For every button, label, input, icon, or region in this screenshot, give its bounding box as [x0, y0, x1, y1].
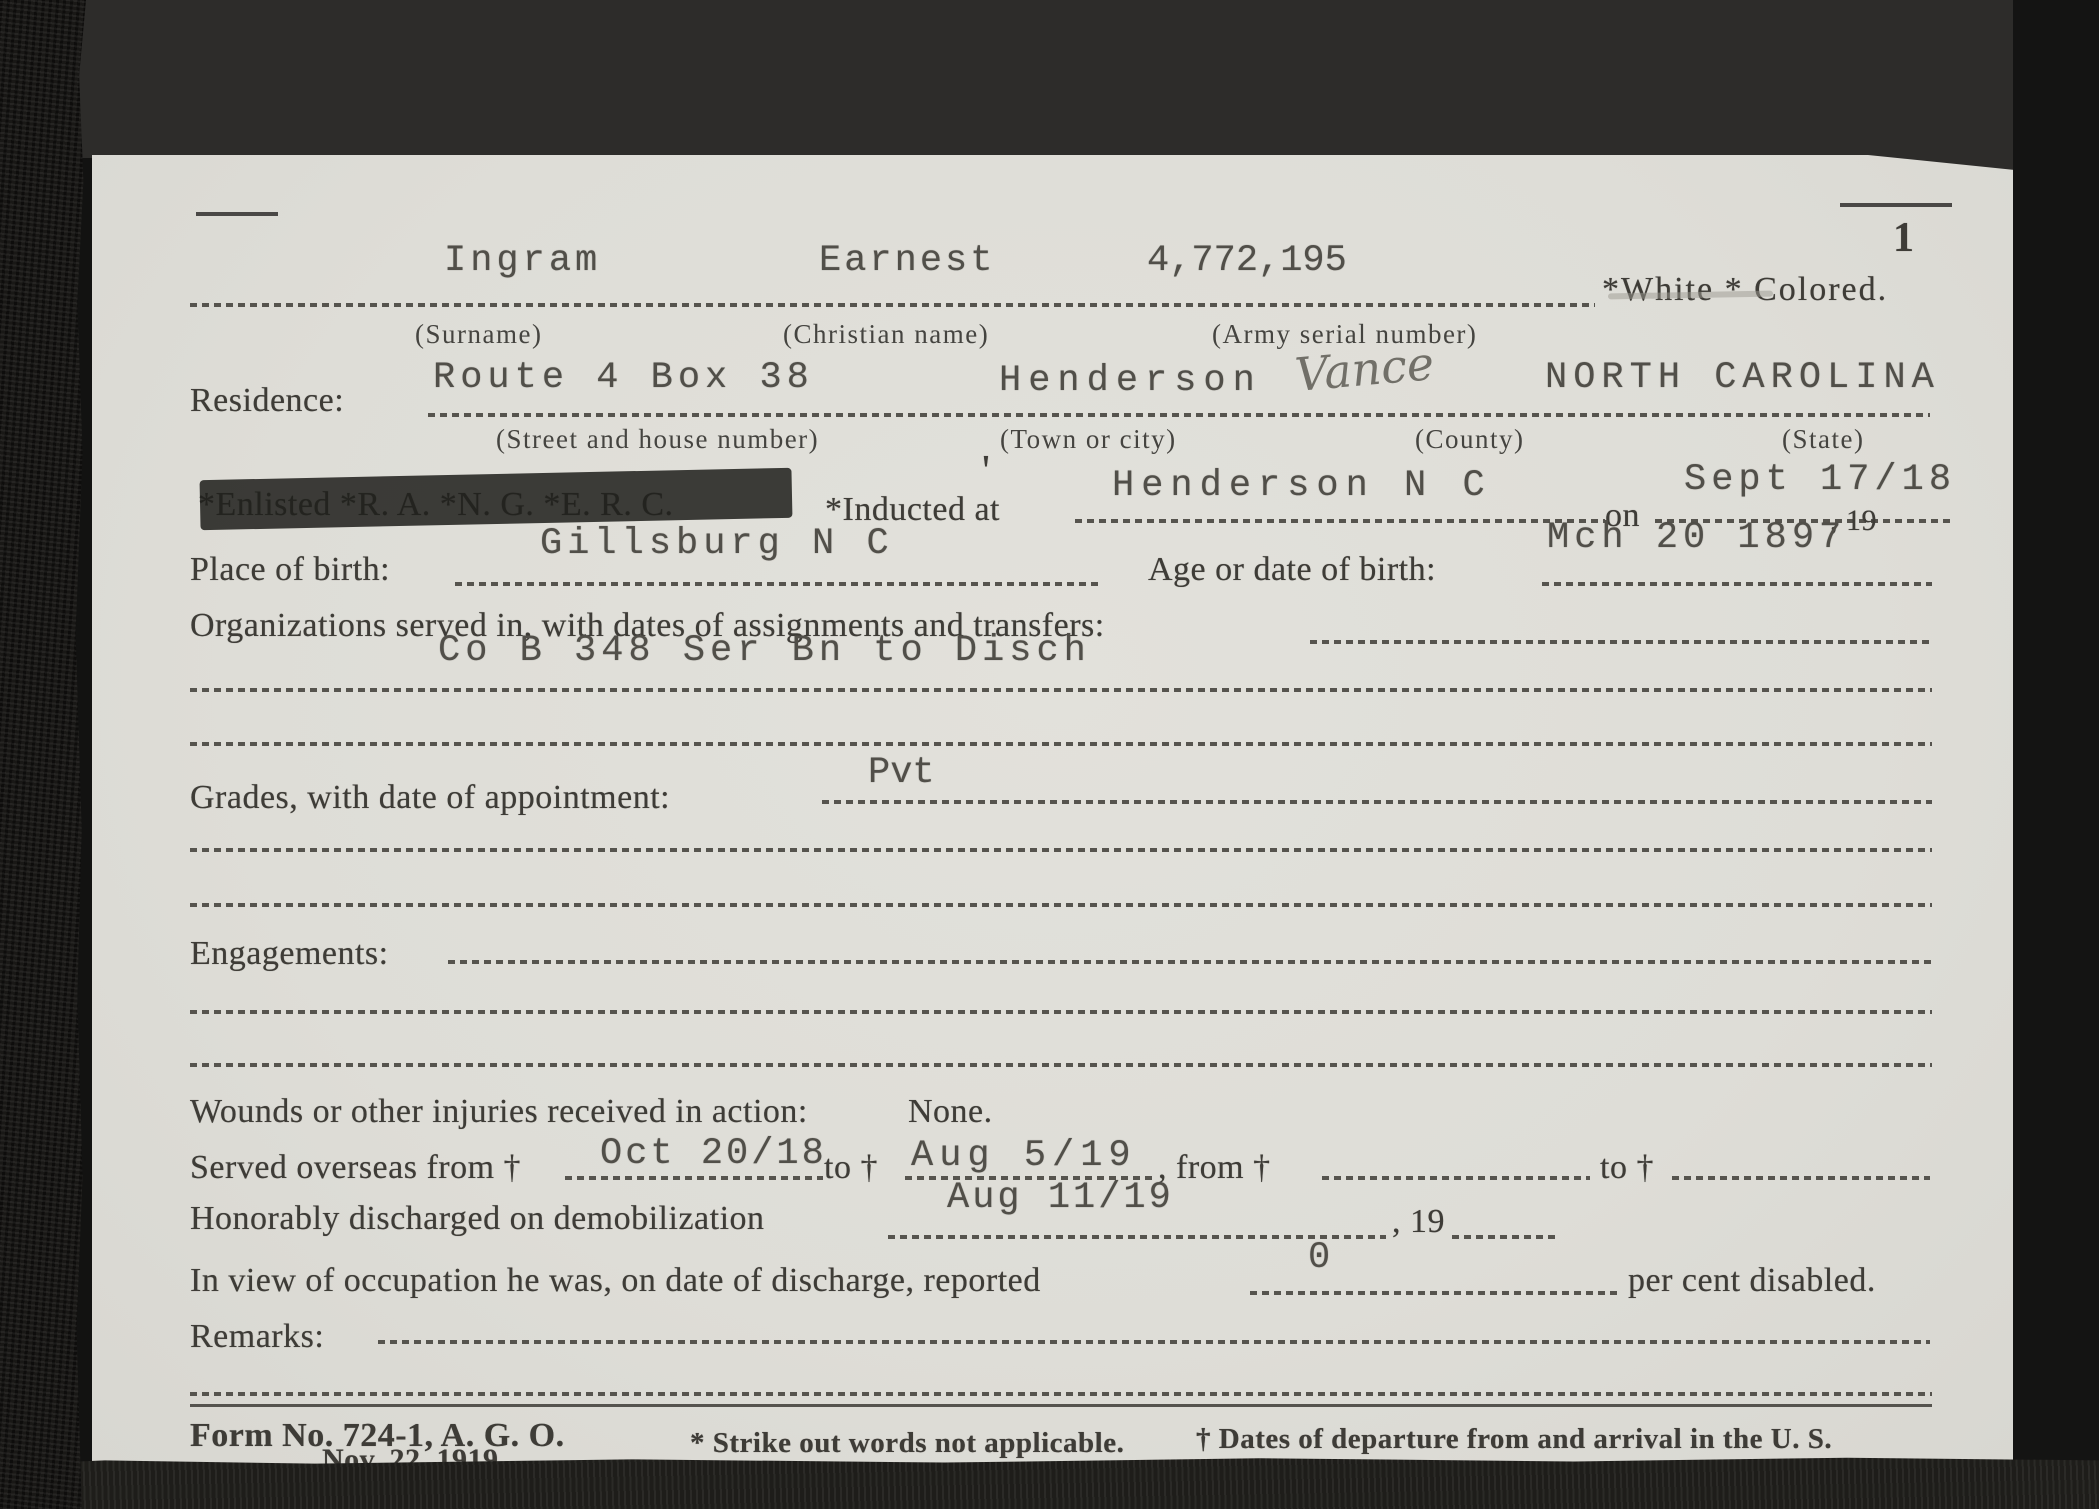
card-corner-shadow [1868, 155, 2015, 170]
right-band [2013, 0, 2099, 1509]
street-label: (Street and house number) [496, 425, 819, 453]
disability-label: In view of occupation he was, on date of… [190, 1263, 1041, 1299]
dotted-line [190, 742, 1932, 746]
dotted-line [1542, 582, 1932, 586]
top-band [0, 0, 2099, 158]
discharge-year-label: , 19 [1392, 1204, 1445, 1240]
disability-suffix: per cent disabled. [1628, 1263, 1876, 1299]
dotted-line [1672, 1176, 1930, 1180]
disability-value: 0 [1308, 1240, 1330, 1277]
street-value: Route 4 Box 38 [433, 360, 814, 397]
strike-note: * Strike out words not applicable. [690, 1428, 1124, 1458]
county-label: (County) [1415, 425, 1525, 453]
dotted-line [428, 413, 1930, 417]
discharge-date-value: Aug 11/19 [947, 1180, 1174, 1217]
inducted-place-value: Henderson N C [1112, 468, 1492, 505]
dotted-line [1322, 1176, 1590, 1180]
grade-value: Pvt [868, 755, 935, 792]
overseas-from-label: Served overseas from † [190, 1150, 521, 1186]
dotted-line [1075, 519, 1605, 523]
engagements-label: Engagements: [190, 936, 389, 972]
dotted-line [1452, 1235, 1557, 1239]
wounds-label: Wounds or other injuries received in act… [190, 1094, 808, 1130]
overseas-to2-label: to † [1600, 1150, 1654, 1186]
overseas-from2-label: , from † [1158, 1150, 1271, 1186]
left-binding-strip [0, 0, 86, 1509]
town-value: Henderson [999, 363, 1262, 400]
state-label: (State) [1782, 425, 1864, 453]
organizations-value: Co B 348 Ser Bn to Disch [438, 633, 1091, 670]
grades-label: Grades, with date of appointment: [190, 780, 670, 816]
top-right-rule [1840, 203, 1952, 207]
dotted-line [448, 960, 1932, 964]
rule-line [190, 1404, 1932, 1407]
overseas-from-value: Oct 20/18 [600, 1136, 827, 1173]
place-of-birth-value: Gillsburg N C [540, 526, 894, 563]
dotted-line [565, 1176, 823, 1180]
dotted-line [190, 903, 1932, 907]
age-label: Age or date of birth: [1148, 552, 1436, 588]
dotted-line [822, 800, 1932, 804]
dotted-line [190, 1392, 1932, 1396]
surname-value: Ingram [444, 243, 601, 280]
christian-name-value: Earnest [819, 243, 995, 280]
age-value: Mch 20 1897 [1547, 520, 1846, 557]
dotted-line [455, 582, 1100, 586]
place-of-birth-label: Place of birth: [190, 552, 390, 588]
overseas-to-label: to † [824, 1150, 878, 1186]
remarks-label: Remarks: [190, 1319, 324, 1355]
christian-name-label: (Christian name) [783, 320, 989, 348]
dotted-line [1310, 640, 1932, 644]
discharge-label: Honorably discharged on demobilization [190, 1201, 765, 1237]
dotted-line [190, 848, 1932, 852]
dotted-line [1250, 1291, 1620, 1295]
dotted-line [190, 303, 1595, 307]
surname-label: (Surname) [415, 320, 542, 348]
top-left-rule [196, 212, 278, 216]
dotted-line [190, 688, 1932, 692]
scanned-service-record-page: 1 Ingram Earnest 4,772,195 *White * Colo… [0, 0, 2099, 1509]
wounds-value: None. [908, 1094, 993, 1130]
page-number: 1 [1893, 216, 1915, 260]
dotted-line [378, 1340, 1930, 1344]
dagger-note: † Dates of departure from and arrival in… [1196, 1424, 1832, 1454]
state-value: NORTH CAROLINA [1545, 360, 1940, 397]
serial-number-value: 4,772,195 [1147, 243, 1347, 280]
induction-date-value: Sept 17/18 [1684, 462, 1956, 499]
dotted-line [190, 1063, 1932, 1067]
overseas-to-value: Aug 5/19 [911, 1138, 1137, 1175]
dotted-line [190, 1010, 1932, 1014]
stray-mark: ' [982, 448, 990, 494]
residence-label: Residence: [190, 383, 344, 419]
town-label: (Town or city) [1000, 425, 1177, 453]
race-options: *White * Colored. [1602, 272, 1888, 308]
